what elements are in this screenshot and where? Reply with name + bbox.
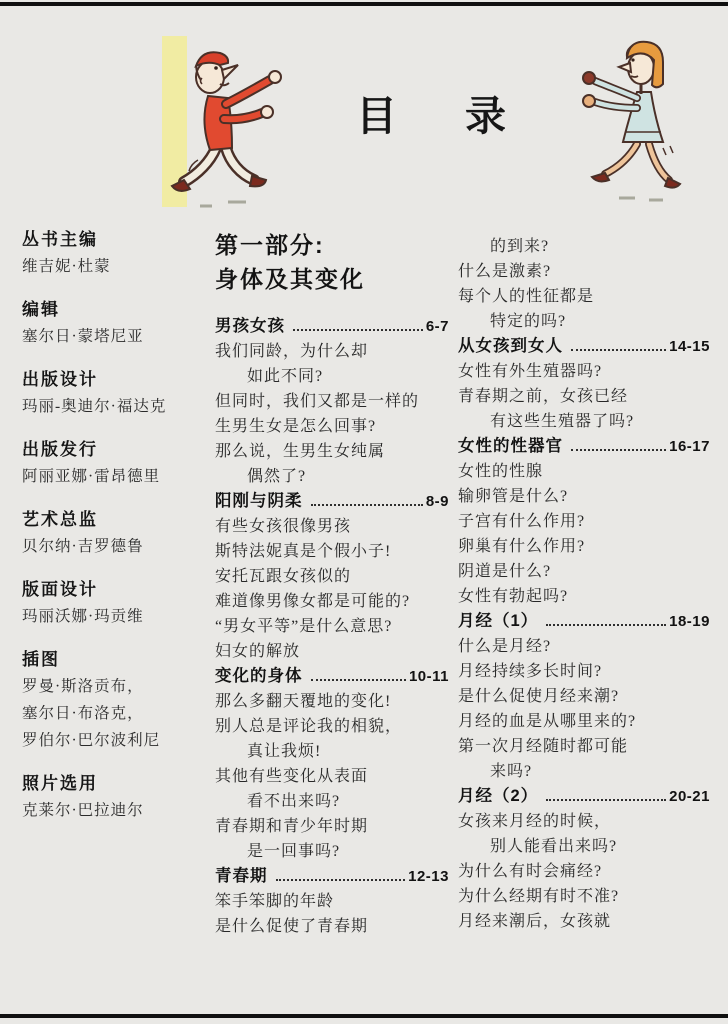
toc-entry-title: 女性的性器官 bbox=[458, 434, 563, 459]
toc-question-line: 输卵管是什么? bbox=[458, 484, 710, 509]
toc-entry-heading: 月经（1）18-19 bbox=[458, 609, 710, 634]
dotted-leader bbox=[311, 504, 423, 506]
dotted-leader bbox=[311, 679, 406, 681]
toc-question-line: 有这些生殖器了吗? bbox=[458, 409, 710, 434]
credit-name: 玛丽-奥迪尔·福达克 bbox=[22, 393, 208, 420]
toc-question-line: 为什么有时会痛经? bbox=[458, 859, 710, 884]
toc-entry-title: 阳刚与阴柔 bbox=[215, 489, 303, 514]
top-rule bbox=[0, 2, 728, 6]
toc-question-line: 的到来? bbox=[458, 234, 710, 259]
toc-question-line: 月经的血是从哪里来的? bbox=[458, 709, 710, 734]
credit-block: 艺术总监贝尔纳·吉罗德鲁 bbox=[22, 506, 208, 560]
credit-block: 版面设计玛丽沃娜·玛贡维 bbox=[22, 576, 208, 630]
title-char-lu: 录 bbox=[465, 96, 506, 137]
toc-question-line: 月经持续多长时间? bbox=[458, 659, 710, 684]
toc-entry-heading: 月经（2）20-21 bbox=[458, 784, 710, 809]
toc-entry-title: 从女孩到女人 bbox=[458, 334, 563, 359]
toc-question-line: 女孩来月经的时候， bbox=[458, 809, 710, 834]
credit-name: 贝尔纳·吉罗德鲁 bbox=[22, 533, 208, 560]
toc-question-line: 是一回事吗? bbox=[215, 839, 449, 864]
toc-entry-pages: 8-9 bbox=[426, 489, 449, 514]
toc-question-line: 那么多翻天覆地的变化! bbox=[215, 689, 449, 714]
toc-question-line: 是什么促使了青春期 bbox=[215, 914, 449, 939]
credit-block: 出版发行阿丽亚娜·雷昂德里 bbox=[22, 436, 208, 490]
toc-entry-pages: 18-19 bbox=[669, 609, 710, 634]
toc-question-line: 难道像男像女都是可能的? bbox=[215, 589, 449, 614]
toc-question-line: 是什么促使月经来潮? bbox=[458, 684, 710, 709]
toc-question-line: 月经来潮后，女孩就 bbox=[458, 909, 710, 934]
credit-block: 出版设计玛丽-奥迪尔·福达克 bbox=[22, 366, 208, 420]
toc-question-line: 青春期和青少年时期 bbox=[215, 814, 449, 839]
credit-role: 编辑 bbox=[22, 296, 208, 323]
page-title: 目 录 bbox=[356, 96, 506, 137]
credit-name: 克莱尔·巴拉迪尔 bbox=[22, 797, 208, 824]
part-title: 身体及其变化 bbox=[215, 262, 449, 296]
toc-question-line: 笨手笨脚的年龄 bbox=[215, 889, 449, 914]
boy-cartoon-icon bbox=[166, 44, 306, 212]
dotted-leader bbox=[293, 329, 423, 331]
toc-entry-title: 青春期 bbox=[215, 864, 268, 889]
toc-entry-pages: 20-21 bbox=[669, 784, 710, 809]
credit-role: 出版设计 bbox=[22, 366, 208, 393]
credit-name: 塞尔日·蒙塔尼亚 bbox=[22, 323, 208, 350]
dotted-leader bbox=[546, 799, 666, 801]
part-heading: 第一部分: 身体及其变化 bbox=[215, 228, 449, 296]
toc-entry-pages: 14-15 bbox=[669, 334, 710, 359]
credit-role: 版面设计 bbox=[22, 576, 208, 603]
credit-role: 艺术总监 bbox=[22, 506, 208, 533]
toc-question-line: 安托瓦跟女孩似的 bbox=[215, 564, 449, 589]
toc-entry-pages: 16-17 bbox=[669, 434, 710, 459]
toc-column-1: 第一部分: 身体及其变化 男孩女孩6-7我们同龄，为什么却如此不同?但同时，我们… bbox=[215, 228, 449, 939]
toc-question-line: 别人能看出来吗? bbox=[458, 834, 710, 859]
book-toc-page: 目 录 bbox=[0, 0, 728, 1024]
toc-question-line: 那么说，生男生女纯属 bbox=[215, 439, 449, 464]
toc-entry-title: 月经（1） bbox=[458, 609, 538, 634]
toc-entry-heading: 从女孩到女人14-15 bbox=[458, 334, 710, 359]
toc-question-line: 阴道是什么? bbox=[458, 559, 710, 584]
toc-question-line: 真让我烦! bbox=[215, 739, 449, 764]
credit-block: 编辑塞尔日·蒙塔尼亚 bbox=[22, 296, 208, 350]
credit-name: 塞尔日·布洛克， bbox=[22, 700, 208, 727]
credit-block: 插图罗曼·斯洛贡布，塞尔日·布洛克，罗伯尔·巴尔波利尼 bbox=[22, 646, 208, 754]
credit-name: 玛丽沃娜·玛贡维 bbox=[22, 603, 208, 630]
toc-question-line: 女性有勃起吗? bbox=[458, 584, 710, 609]
toc-entry-heading: 男孩女孩6-7 bbox=[215, 314, 449, 339]
bottom-rule bbox=[0, 1014, 728, 1018]
toc-question-line: 什么是激素? bbox=[458, 259, 710, 284]
toc-entry-heading: 女性的性器官16-17 bbox=[458, 434, 710, 459]
dotted-leader bbox=[276, 879, 406, 881]
toc-question-line: 什么是月经? bbox=[458, 634, 710, 659]
toc-question-line: 但同时，我们又都是一样的 bbox=[215, 389, 449, 414]
credit-role: 照片选用 bbox=[22, 770, 208, 797]
credit-role: 丛书主编 bbox=[22, 226, 208, 253]
toc-question-line: 来吗? bbox=[458, 759, 710, 784]
toc-question-line: 女性有外生殖器吗? bbox=[458, 359, 710, 384]
toc-entry-heading: 阳刚与阴柔8-9 bbox=[215, 489, 449, 514]
toc-question-line: 女性的性腺 bbox=[458, 459, 710, 484]
dotted-leader bbox=[546, 624, 666, 626]
toc-question-line: 第一次月经随时都可能 bbox=[458, 734, 710, 759]
toc-question-line: 青春期之前，女孩已经 bbox=[458, 384, 710, 409]
toc-question-line: 妇女的解放 bbox=[215, 639, 449, 664]
toc-question-line: 看不出来吗? bbox=[215, 789, 449, 814]
toc-question-line: 我们同龄，为什么却 bbox=[215, 339, 449, 364]
credits-column: 丛书主编维吉妮·杜蒙编辑塞尔日·蒙塔尼亚出版设计玛丽-奥迪尔·福达克出版发行阿丽… bbox=[22, 226, 208, 840]
toc-column-2: 的到来?什么是激素?每个人的性征都是特定的吗?从女孩到女人14-15女性有外生殖… bbox=[458, 234, 710, 934]
credit-name: 罗曼·斯洛贡布， bbox=[22, 673, 208, 700]
woman-walking-illustration bbox=[575, 36, 710, 208]
toc-entry-pages: 10-11 bbox=[409, 664, 449, 689]
credit-block: 照片选用克莱尔·巴拉迪尔 bbox=[22, 770, 208, 824]
title-char-mu: 目 bbox=[356, 96, 397, 137]
toc-entry-pages: 12-13 bbox=[408, 864, 449, 889]
toc-question-line: 为什么经期有时不准? bbox=[458, 884, 710, 909]
toc-question-line: 每个人的性征都是 bbox=[458, 284, 710, 309]
credit-name: 维吉妮·杜蒙 bbox=[22, 253, 208, 280]
toc-question-line: 卵巢有什么作用? bbox=[458, 534, 710, 559]
toc-question-line: “男女平等”是什么意思? bbox=[215, 614, 449, 639]
dotted-leader bbox=[571, 449, 666, 451]
toc-question-line: 有些女孩很像男孩 bbox=[215, 514, 449, 539]
part-number: 第一部分: bbox=[215, 228, 449, 262]
credit-role: 插图 bbox=[22, 646, 208, 673]
toc-list-2: 的到来?什么是激素?每个人的性征都是特定的吗?从女孩到女人14-15女性有外生殖… bbox=[458, 234, 710, 934]
toc-entry-heading: 变化的身体10-11 bbox=[215, 664, 449, 689]
toc-list-1: 男孩女孩6-7我们同龄，为什么却如此不同?但同时，我们又都是一样的生男生女是怎么… bbox=[215, 314, 449, 939]
toc-entry-title: 变化的身体 bbox=[215, 664, 303, 689]
woman-cartoon-icon bbox=[575, 36, 710, 208]
toc-question-line: 如此不同? bbox=[215, 364, 449, 389]
toc-entry-title: 月经（2） bbox=[458, 784, 538, 809]
toc-question-line: 子宫有什么作用? bbox=[458, 509, 710, 534]
credit-block: 丛书主编维吉妮·杜蒙 bbox=[22, 226, 208, 280]
toc-entry-pages: 6-7 bbox=[426, 314, 449, 339]
credit-role: 出版发行 bbox=[22, 436, 208, 463]
toc-question-line: 别人总是评论我的相貌， bbox=[215, 714, 449, 739]
toc-entry-title: 男孩女孩 bbox=[215, 314, 285, 339]
toc-question-line: 偶然了? bbox=[215, 464, 449, 489]
toc-question-line: 特定的吗? bbox=[458, 309, 710, 334]
toc-entry-heading: 青春期12-13 bbox=[215, 864, 449, 889]
toc-question-line: 生男生女是怎么回事? bbox=[215, 414, 449, 439]
credit-name: 罗伯尔·巴尔波利尼 bbox=[22, 727, 208, 754]
toc-question-line: 斯特法妮真是个假小子! bbox=[215, 539, 449, 564]
dotted-leader bbox=[571, 349, 666, 351]
toc-question-line: 其他有些变化从表面 bbox=[215, 764, 449, 789]
boy-walking-illustration bbox=[166, 44, 306, 212]
credit-name: 阿丽亚娜·雷昂德里 bbox=[22, 463, 208, 490]
